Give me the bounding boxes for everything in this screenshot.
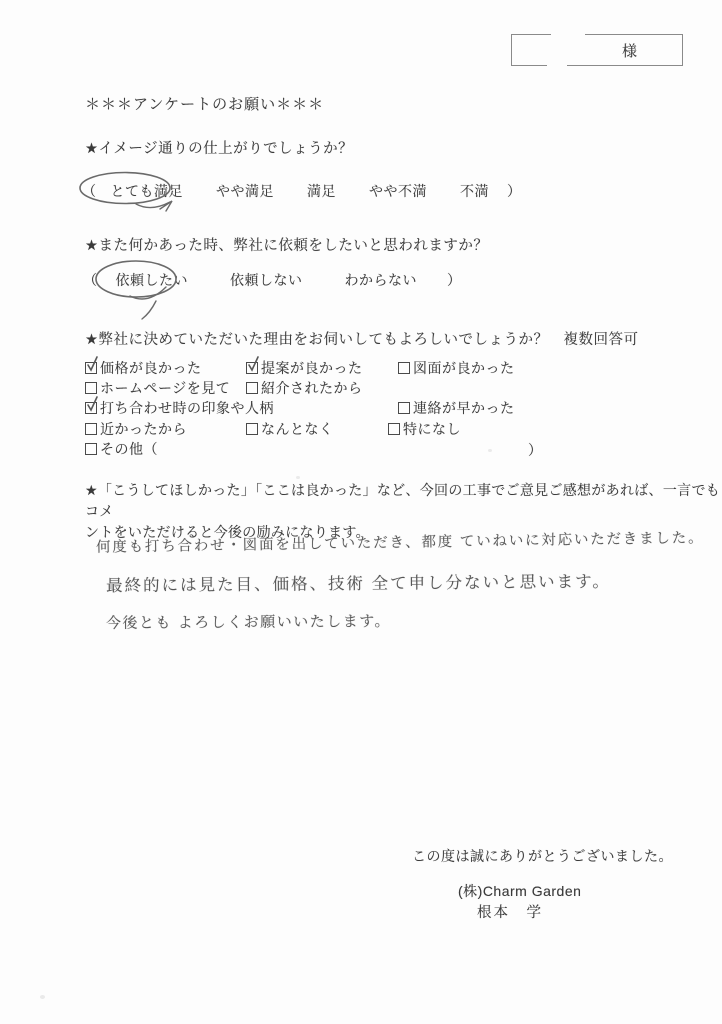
- company-name: (株)Charm Garden: [458, 881, 581, 901]
- scan-speckle: [488, 449, 492, 452]
- reason-label: 紹介されたから: [261, 378, 363, 398]
- q1-option-totemo-manzoku[interactable]: とても満足: [111, 181, 184, 201]
- question1-options: （ とても満足 やや満足 満足 やや不満 不満 ）: [82, 181, 522, 201]
- q1-option-yaya-manzoku[interactable]: やや満足: [216, 181, 274, 201]
- reason-item-meeting-impression[interactable]: 打ち合わせ時の印象や人柄: [85, 399, 274, 417]
- reason-label: その他（: [100, 439, 158, 459]
- q1-option-manzoku[interactable]: 満足: [307, 181, 336, 201]
- reason-label: 連絡が早かった: [413, 398, 515, 418]
- recipient-name-box: 様: [511, 34, 683, 66]
- checkbox[interactable]: [246, 423, 258, 435]
- reason-item-proposal[interactable]: 提案が良かった: [246, 359, 363, 377]
- checkbox[interactable]: [388, 423, 400, 435]
- scan-speckle: [210, 341, 214, 344]
- scan-speckle: [296, 476, 300, 479]
- q2-option-irai-shitai[interactable]: 依頼したい: [116, 270, 189, 290]
- question2-label: ★また何かあった時、弊社に依頼をしたいと思われますか？: [85, 234, 488, 255]
- reason-item-homepage[interactable]: ホームページを見て: [85, 379, 230, 397]
- pen-circle-selection-q2: [92, 257, 192, 327]
- checkbox[interactable]: [85, 382, 97, 394]
- checkbox[interactable]: [85, 402, 97, 414]
- reason-item-drawing[interactable]: 図面が良かった: [398, 359, 515, 377]
- reason-item-other[interactable]: その他（: [85, 440, 158, 458]
- checkbox[interactable]: [398, 402, 410, 414]
- reason-item-none[interactable]: 特になし: [388, 420, 461, 438]
- whiteout-mark: [551, 31, 585, 37]
- recipient-suffix-label: 様: [622, 40, 638, 61]
- q1-option-fuman[interactable]: 不満: [460, 181, 489, 201]
- scan-speckle: [40, 995, 45, 999]
- reason-item-nearby[interactable]: 近かったから: [85, 420, 187, 438]
- reason-label: 図面が良かった: [413, 358, 515, 378]
- form-title: ＊＊＊アンケートのお願い＊＊＊: [85, 93, 324, 114]
- reason-label: 提案が良かった: [261, 358, 363, 378]
- reason-label: なんとなく: [261, 419, 334, 439]
- reason-item-no-particular[interactable]: なんとなく: [246, 420, 334, 438]
- reason-item-fast-contact[interactable]: 連絡が早かった: [398, 399, 515, 417]
- survey-form-scan: 様 ＊＊＊アンケートのお願い＊＊＊ ★イメージ通りの仕上がりでしょうか？ （ と…: [0, 0, 722, 1024]
- reason-label: 近かったから: [100, 419, 187, 439]
- reason-label: 打ち合わせ時の印象や人柄: [100, 398, 274, 418]
- checkbox[interactable]: [85, 362, 97, 374]
- reason-item-price[interactable]: 価格が良かった: [85, 359, 202, 377]
- reason-label: 価格が良かった: [100, 358, 202, 378]
- q1-option-yaya-fuman[interactable]: やや不満: [369, 181, 427, 201]
- thanks-message: この度は誠にありがとうございました。: [412, 846, 673, 866]
- reason-item-referral[interactable]: 紹介されたから: [246, 379, 363, 397]
- handwritten-comment-line2: 最終的には見た目、価格、技術 全て申し分ないと思います。: [106, 568, 611, 596]
- question2-options: （ 依頼したい 依頼しない わからない ）: [83, 270, 462, 290]
- whiteout-mark: [547, 62, 567, 69]
- handwritten-comment-line3: 今後とも よろしくお願いいたします。: [106, 610, 391, 633]
- question3-label: ★弊社に決めていただいた理由をお伺いしてもよろしいでしょうか？ 複数回答可: [85, 328, 639, 349]
- checkbox[interactable]: [398, 362, 410, 374]
- paren-close: ）: [507, 181, 522, 201]
- checkbox[interactable]: [85, 443, 97, 455]
- question1-label: ★イメージ通りの仕上がりでしょうか？: [85, 137, 353, 158]
- reason-label: ホームページを見て: [100, 378, 230, 398]
- other-close-paren: ）: [528, 440, 542, 460]
- paren-open: （: [82, 181, 97, 201]
- paren-close: ）: [447, 270, 462, 290]
- comment-prompt-line1: ★「こうしてほしかった」「ここは良かった」など、今回の工事でご意見ご感想があれば…: [85, 480, 722, 522]
- signer-name: 根本 学: [477, 901, 543, 922]
- checkbox[interactable]: [246, 382, 258, 394]
- q2-option-irai-shinai[interactable]: 依頼しない: [230, 270, 303, 290]
- paren-open: （: [83, 270, 98, 290]
- checkbox[interactable]: [85, 423, 97, 435]
- reason-label: 特になし: [403, 419, 461, 439]
- checkbox[interactable]: [246, 362, 258, 374]
- q2-option-wakaranai[interactable]: わからない: [345, 270, 418, 290]
